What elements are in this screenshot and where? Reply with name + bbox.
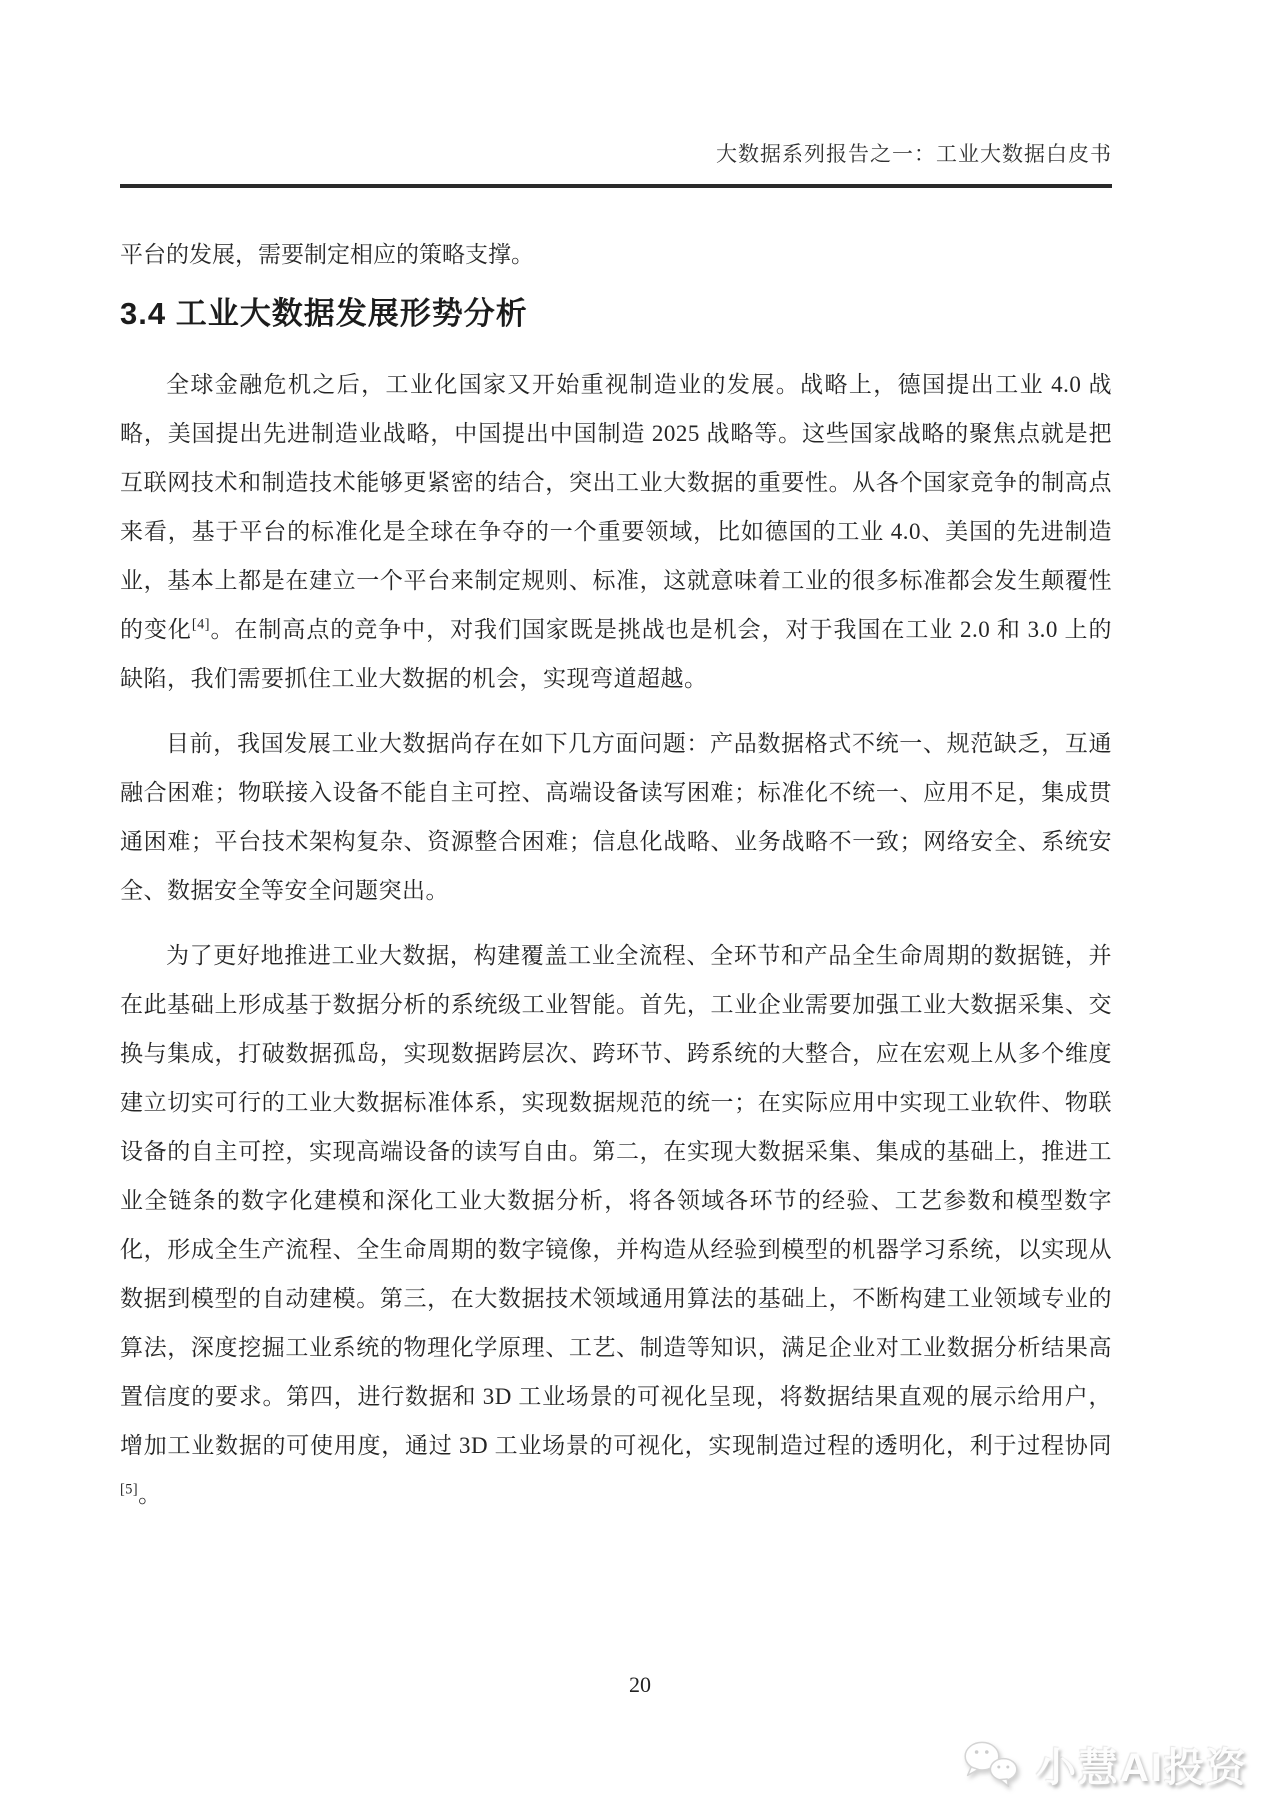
body-paragraph: 全球金融危机之后，工业化国家又开始重视制造业的发展。战略上，德国提出工业 4.0… (120, 360, 1112, 703)
citation-ref: [4] (192, 616, 210, 632)
intro-paragraph: 平台的发展，需要制定相应的策略支撑。 (120, 238, 1112, 272)
document-page: 大数据系列报告之一：工业大数据白皮书 平台的发展，需要制定相应的策略支撑。 3.… (0, 0, 1280, 1809)
body-paragraph: 为了更好地推进工业大数据，构建覆盖工业全流程、全环节和产品全生命周期的数据链，并… (120, 931, 1112, 1519)
watermark: 小慧AI投资 (958, 1735, 1248, 1793)
running-header: 大数据系列报告之一：工业大数据白皮书 (716, 138, 1112, 168)
article-body: 全球金融危机之后，工业化国家又开始重视制造业的发展。战略上，德国提出工业 4.0… (120, 360, 1112, 1535)
body-paragraph: 目前，我国发展工业大数据尚存在如下几方面问题：产品数据格式不统一、规范缺乏，互通… (120, 719, 1112, 915)
wechat-bubbles-icon (958, 1735, 1030, 1793)
watermark-text: 小慧AI投资 (1036, 1736, 1248, 1793)
citation-ref: [5] (120, 1481, 138, 1497)
page-number: 20 (0, 1672, 1280, 1698)
section-heading: 3.4 工业大数据发展形势分析 (120, 288, 528, 333)
header-rule (120, 184, 1112, 188)
